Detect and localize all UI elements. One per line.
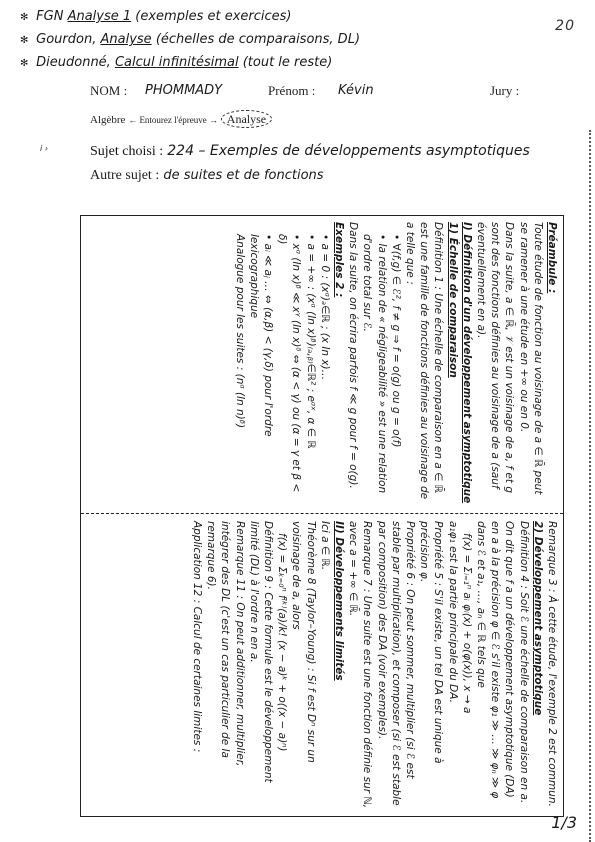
paragraph: Dans la suite, a ∈ ℝ̄, 𝒱 est un voisinag… (474, 222, 517, 506)
option-algebre: Algèbre (90, 114, 125, 126)
paragraph: Toute étude de fonction au voisinage de … (516, 222, 544, 506)
paragraph: Ici a ∈ ℝ. (318, 521, 332, 809)
prenom-label: Prénom : (268, 83, 315, 99)
rotated-text-top: Préambule : Toute étude de fonction au v… (81, 216, 563, 512)
plan-panel-bottom: Remarque 3 : À cette étude, l'exemple 2 … (81, 515, 563, 815)
paragraph: Définition 9 : Cette formule est le déve… (247, 521, 275, 809)
paragraph: Théorème 8 (Taylor–Young) : Si f est Dⁿ … (289, 521, 317, 809)
paragraph: a₁φ₁ est la partie principale du DA. (445, 521, 459, 809)
reference-item: ✻ FGN Analyse 1 (exemples et exercices) (20, 6, 490, 29)
page-number: 1/3 (551, 813, 577, 832)
reference-title: Calcul infinitésimal (115, 55, 239, 70)
paragraph: Remarque 11 : On peut additionner, multi… (204, 521, 247, 809)
reference-item: ✻ Gourdon, Analyse (échelles de comparai… (20, 29, 490, 52)
reference-item: ✻ Dieudonné, Calcul infinitésimal (tout … (20, 52, 490, 75)
subject-chosen-value-cont: de suites et de fonctions (163, 168, 323, 183)
reference-note: (exemples et exercices) (135, 9, 291, 24)
reference-note: (tout le reste) (243, 55, 333, 70)
formula: f(x) = Σₖ₌₀ⁿ f⁽ᵏ⁾(a)/k! (x − a)ᵏ + o((x … (275, 533, 289, 809)
list-item: • a = +∞ : (xᵅ (ln x)ᵝ)₍ₐ,ᵦ₎∈ℝ² ; eᵅˣ, α… (303, 234, 317, 506)
asterisk-bullet-icon: ✻ (20, 30, 32, 52)
heading: Exemples 2 : (332, 222, 346, 506)
rotated-text-bottom: Remarque 3 : À cette étude, l'exemple 2 … (81, 515, 563, 815)
list-item: Analogue pour les suites : (nᵅ (ln n)ᵝ) (232, 234, 246, 506)
reference-title: Analyse 1 (68, 9, 132, 24)
heading: II) Développements limités (332, 521, 346, 809)
list-item: • xᵅ (ln x)ᵝ ≪ xᵞ (ln x)ᵟ ⇔ (α < γ) ou (… (275, 234, 303, 506)
paragraph: Définition 1 : Une échelle de comparaiso… (403, 222, 446, 506)
reference-author: Gourdon, (36, 32, 96, 47)
list-item: • la relation de « négligeabilité » est … (360, 234, 388, 506)
formula: f(x) = Σᵢ₌₁ⁿ aᵢ φᵢ(x) + o(φ(x)), x → a (460, 533, 474, 809)
references-list: ✻ FGN Analyse 1 (exemples et exercices) … (20, 6, 490, 75)
list-item: • aᵢ ≪ aⱼ … ⇔ (α,β) < (γ,δ) pour l'ordre… (247, 234, 275, 506)
subject-chosen-value: 224 – Exemples de développements asympto… (167, 143, 529, 159)
paragraph: Dans la suite, on écrira parfois f ≪ g p… (346, 222, 360, 506)
jury-label: Jury : (490, 83, 519, 99)
paragraph: Définition 4 : Soit ℰ une échelle de com… (474, 521, 531, 809)
subject-chosen-label: Sujet choisi : (90, 144, 163, 159)
reference-author: Dieudonné, (36, 55, 111, 70)
list-item: • a = 0 : (xᵅ)ₐ∈ℝ ; (x ln x)… (318, 234, 332, 506)
exam-instruction: ← Entourez l'épreuve → (128, 115, 218, 125)
subject-other: Autre sujet : de suites et de fonctions (90, 168, 570, 184)
paragraph: Remarque 3 : À cette étude, l'exemple 2 … (545, 521, 559, 809)
identity-row: NOM : PHOMMADY Prénom : Kévin Jury : (90, 83, 580, 103)
paragraph: Remarque 7 : Une suite est une fonction … (346, 521, 374, 809)
plan-panel-top: Préambule : Toute étude de fonction au v… (81, 216, 563, 512)
subject-other-label: Autre sujet : (90, 168, 159, 183)
asterisk-bullet-icon: ✻ (20, 7, 32, 29)
panel-divider (81, 513, 563, 514)
heading: I) Définition d'un développement asympto… (460, 222, 474, 506)
option-analyse-circled: Analyse (221, 110, 272, 128)
plan-frame: Préambule : Toute étude de fonction au v… (80, 215, 564, 817)
nom-label: NOM : (90, 83, 127, 99)
nom-value: PHOMMADY (145, 83, 222, 98)
score: 20 (555, 18, 575, 34)
paragraph: Application 12 : Calcul de certaines lim… (190, 521, 204, 809)
heading: Préambule : (545, 222, 559, 506)
reference-note: (échelles de comparaisons, DL) (156, 32, 360, 47)
heading: 2) Développement asymptotique (531, 521, 545, 809)
margin-note: i › (40, 144, 48, 153)
heading: 1) Échelle de comparaison (445, 222, 459, 506)
reference-title: Analyse (100, 32, 151, 47)
paragraph: Propriété 5 : S'il existe, un tel DA est… (417, 521, 445, 809)
subject-chosen: Sujet choisi : 224 – Exemples de dévelop… (90, 143, 570, 160)
paragraph: Propriété 6 : On peut sommer, multiplier… (374, 521, 417, 809)
reference-author: FGN (36, 9, 63, 24)
list-item: • ∀(f,g) ∈ ℰ², f ≠ g ⇒ f = o(g) ou g = o… (389, 234, 403, 506)
prenom-value: Kévin (338, 83, 374, 98)
asterisk-bullet-icon: ✻ (20, 53, 32, 75)
exam-choice-row: Algèbre ← Entourez l'épreuve → Analyse (90, 112, 272, 127)
scan-edge-dotted (589, 130, 591, 842)
